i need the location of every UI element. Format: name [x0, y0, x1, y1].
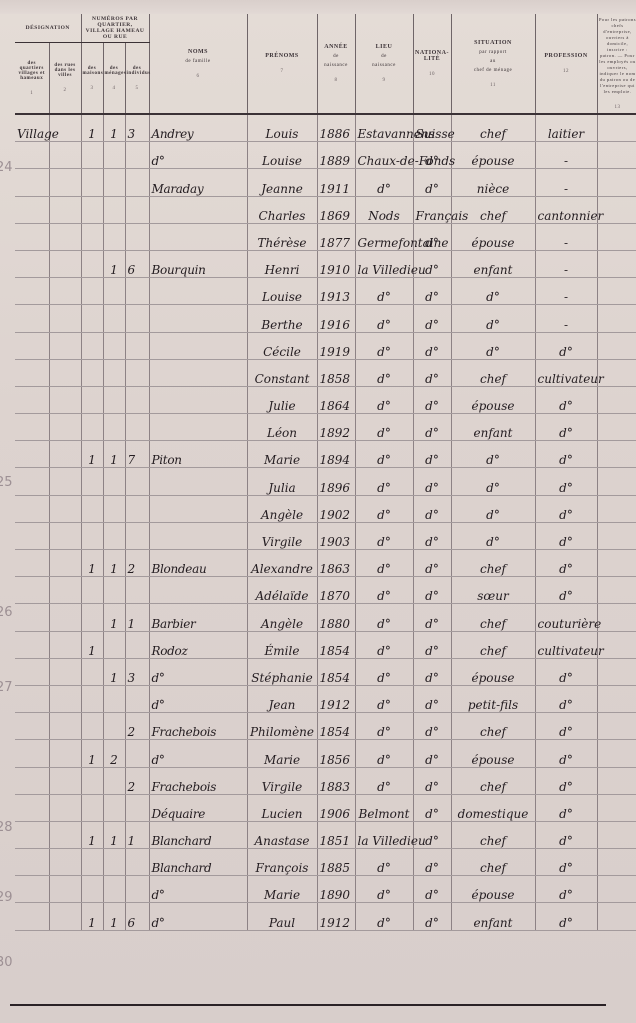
birthplace-cell: d° [355, 550, 413, 577]
individus-count-cell: 2 [125, 767, 149, 794]
surname-cell: Andrey [149, 114, 247, 142]
individus-count-cell [125, 740, 149, 767]
profession-cell: d° [535, 876, 597, 903]
street-cell [49, 305, 81, 332]
designation-cell [15, 658, 49, 685]
birthplace-cell: d° [355, 359, 413, 386]
table-row: Adélaïde1870d°d°sœurd° [15, 577, 636, 604]
birth-year-cell: 1890 [317, 876, 355, 903]
profession-cell: d° [535, 468, 597, 495]
first-name-cell: François [247, 849, 317, 876]
header-prenoms: Prénoms 7 [247, 14, 317, 114]
maison-number-cell [81, 414, 103, 441]
register-page: Désignation Numéros par quartier, villag… [0, 0, 636, 1023]
individus-count-cell: 3 [125, 658, 149, 685]
table-row: Thérèse1877Germefontained°épouse- [15, 223, 636, 250]
individus-count-cell [125, 278, 149, 305]
birthplace-cell: Estavannens [355, 114, 413, 142]
table-row: Julia1896d°d°d°d° [15, 468, 636, 495]
profession-cell: cantonnier [535, 196, 597, 223]
street-cell [49, 278, 81, 305]
street-cell [49, 495, 81, 522]
surname-cell: d° [149, 876, 247, 903]
table-row: 11BarbierAngèle1880d°d°chefcouturière [15, 604, 636, 631]
header-lieu-sub1: de [357, 54, 412, 59]
birthplace-cell: d° [355, 278, 413, 305]
street-cell [49, 223, 81, 250]
nationality-cell: d° [413, 685, 451, 712]
menage-number-cell [103, 468, 125, 495]
individus-count-cell [125, 495, 149, 522]
individus-count-cell [125, 849, 149, 876]
header-annee-num: 8 [319, 78, 354, 83]
street-cell [49, 550, 81, 577]
first-name-cell: Angèle [247, 495, 317, 522]
header-numeros: Numéros par quartier, village hameau ou … [81, 14, 149, 43]
first-name-cell: Lucien [247, 794, 317, 821]
designation-cell [15, 495, 49, 522]
household-situation-cell: épouse [451, 658, 535, 685]
bottom-rule [10, 1004, 606, 1006]
individus-count-cell [125, 577, 149, 604]
menage-number-cell [103, 577, 125, 604]
first-name-cell: Thérèse [247, 223, 317, 250]
header-menages: des ménages 4 [103, 43, 125, 115]
birthplace-cell: d° [355, 685, 413, 712]
header-row-top: Désignation Numéros par quartier, villag… [15, 14, 636, 43]
maison-number-cell: 1 [81, 740, 103, 767]
menage-number-cell [103, 359, 125, 386]
birth-year-cell: 1870 [317, 577, 355, 604]
first-name-cell: Virgile [247, 767, 317, 794]
first-name-cell: Berthe [247, 305, 317, 332]
header-nationalite-label: Nationa-lité [415, 50, 449, 62]
birth-year-cell: 1880 [317, 604, 355, 631]
menage-number-cell: 1 [103, 903, 125, 930]
designation-cell [15, 278, 49, 305]
street-cell [49, 658, 81, 685]
employer-note-cell [597, 332, 636, 359]
designation-cell [15, 305, 49, 332]
individus-count-cell [125, 468, 149, 495]
street-cell [49, 577, 81, 604]
surname-cell: Frachebois [149, 713, 247, 740]
menage-number-cell [103, 196, 125, 223]
first-name-cell: Louise [247, 278, 317, 305]
menage-number-cell [103, 522, 125, 549]
birth-year-cell: 1903 [317, 522, 355, 549]
designation-cell [15, 468, 49, 495]
header-individus-label: des individus [127, 66, 151, 76]
first-name-cell: Julie [247, 386, 317, 413]
street-cell [49, 604, 81, 631]
nationality-cell: d° [413, 495, 451, 522]
surname-cell: Blanchard [149, 849, 247, 876]
birth-year-cell: 1877 [317, 223, 355, 250]
table-row: Julie1864d°d°époused° [15, 386, 636, 413]
birth-year-cell: 1916 [317, 305, 355, 332]
surname-cell: Barbier [149, 604, 247, 631]
first-name-cell: Émile [247, 631, 317, 658]
nationality-cell: d° [413, 794, 451, 821]
first-name-cell: Julia [247, 468, 317, 495]
street-cell [49, 740, 81, 767]
designation-cell [15, 223, 49, 250]
designation-cell [15, 604, 49, 631]
menage-number-cell: 1 [103, 821, 125, 848]
surname-cell [149, 577, 247, 604]
table-row: 117PitonMarie1894d°d°d°d° [15, 441, 636, 468]
household-situation-cell: chef [451, 550, 535, 577]
header-noms: Noms de famille 6 [149, 14, 247, 114]
nationality-cell: d° [413, 550, 451, 577]
header-rues-num: 2 [51, 88, 80, 93]
header-annee: Année de naissance 8 [317, 14, 355, 114]
individus-count-cell: 3 [125, 114, 149, 142]
surname-cell [149, 468, 247, 495]
individus-count-cell [125, 332, 149, 359]
nationality-cell: d° [413, 658, 451, 685]
birthplace-cell: d° [355, 522, 413, 549]
profession-cell: d° [535, 441, 597, 468]
maison-number-cell [81, 278, 103, 305]
header-maisons-label: des maisons [83, 66, 104, 76]
birthplace-cell: d° [355, 631, 413, 658]
table-row: Léon1892d°d°enfantd° [15, 414, 636, 441]
maison-number-cell [81, 196, 103, 223]
maison-number-cell [81, 495, 103, 522]
table-row: Angèle1902d°d°d°d° [15, 495, 636, 522]
menage-number-cell: 2 [103, 740, 125, 767]
profession-cell: d° [535, 332, 597, 359]
birth-year-cell: 1902 [317, 495, 355, 522]
surname-cell [149, 359, 247, 386]
birthplace-cell: Germefontaine [355, 223, 413, 250]
profession-cell: laitier [535, 114, 597, 142]
menage-number-cell [103, 685, 125, 712]
employer-note-cell [597, 114, 636, 142]
maison-number-cell [81, 577, 103, 604]
header-noms-label: Noms [188, 49, 208, 55]
maison-number-cell [81, 713, 103, 740]
surname-cell: Piton [149, 441, 247, 468]
household-situation-cell: d° [451, 441, 535, 468]
menage-number-cell [103, 713, 125, 740]
individus-count-cell [125, 685, 149, 712]
birthplace-cell: la Villedieu [355, 250, 413, 277]
surname-cell: Blondeau [149, 550, 247, 577]
maison-number-cell [81, 468, 103, 495]
profession-cell: d° [535, 414, 597, 441]
birthplace-cell: d° [355, 414, 413, 441]
maison-number-cell [81, 169, 103, 196]
household-situation-cell: enfant [451, 414, 535, 441]
maison-number-cell [81, 250, 103, 277]
first-name-cell: Marie [247, 441, 317, 468]
first-name-cell: Louis [247, 114, 317, 142]
menage-number-cell: 1 [103, 441, 125, 468]
header-profession: Profession 12 [535, 14, 597, 114]
birth-year-cell: 1854 [317, 631, 355, 658]
nationality-cell: d° [413, 522, 451, 549]
employer-note-cell [597, 685, 636, 712]
household-situation-cell: d° [451, 495, 535, 522]
household-situation-cell: d° [451, 332, 535, 359]
header-menages-label: des ménages [105, 66, 127, 76]
nationality-cell: d° [413, 414, 451, 441]
header-annee-sub2: naissance [319, 63, 354, 68]
nationality-cell: d° [413, 386, 451, 413]
household-situation-cell: épouse [451, 223, 535, 250]
designation-cell [15, 821, 49, 848]
menage-number-cell [103, 386, 125, 413]
profession-cell: couturière [535, 604, 597, 631]
first-name-cell: Virgile [247, 522, 317, 549]
menage-number-cell [103, 414, 125, 441]
street-cell [49, 386, 81, 413]
household-situation-cell: chef [451, 849, 535, 876]
table-row: MaradayJeanne1911d°d°nièce- [15, 169, 636, 196]
street-cell [49, 767, 81, 794]
birth-year-cell: 1912 [317, 903, 355, 930]
street-cell [49, 142, 81, 169]
designation-cell [15, 876, 49, 903]
household-situation-cell: petit-fils [451, 685, 535, 712]
nationality-cell: d° [413, 767, 451, 794]
nationality-cell: d° [413, 740, 451, 767]
street-cell [49, 468, 81, 495]
household-situation-cell: chef [451, 713, 535, 740]
first-name-cell: Jeanne [247, 169, 317, 196]
birth-year-cell: 1911 [317, 169, 355, 196]
first-name-cell: Paul [247, 903, 317, 930]
profession-cell: d° [535, 685, 597, 712]
household-situation-cell: d° [451, 305, 535, 332]
first-name-cell: Marie [247, 740, 317, 767]
header-maisons-num: 3 [83, 86, 102, 91]
employer-note-cell [597, 821, 636, 848]
birthplace-cell: d° [355, 386, 413, 413]
maison-number-cell [81, 685, 103, 712]
profession-cell: d° [535, 386, 597, 413]
street-cell [49, 441, 81, 468]
header-individus: des individus 5 [125, 43, 149, 115]
header-lieu-label: Lieu [376, 44, 393, 50]
table-row: d°Jean1912d°d°petit-filsd° [15, 685, 636, 712]
household-situation-cell: enfant [451, 903, 535, 930]
first-name-cell: Henri [247, 250, 317, 277]
profession-cell: d° [535, 713, 597, 740]
header-situation: Situation par rapport au chef de ménage … [451, 14, 535, 114]
street-cell [49, 849, 81, 876]
individus-count-cell: 2 [125, 550, 149, 577]
birth-year-cell: 1864 [317, 386, 355, 413]
first-name-cell: Stéphanie [247, 658, 317, 685]
employer-note-cell [597, 441, 636, 468]
birthplace-cell: d° [355, 577, 413, 604]
margin-pencil-number: 27 [0, 680, 13, 695]
employer-note-cell [597, 386, 636, 413]
maison-number-cell [81, 305, 103, 332]
surname-cell [149, 278, 247, 305]
first-name-cell: Jean [247, 685, 317, 712]
menage-number-cell [103, 495, 125, 522]
designation-cell [15, 903, 49, 930]
street-cell [49, 876, 81, 903]
birth-year-cell: 1863 [317, 550, 355, 577]
profession-cell: d° [535, 495, 597, 522]
table-row: 1RodozÉmile1854d°d°chefcultivateur [15, 631, 636, 658]
designation-cell [15, 359, 49, 386]
first-name-cell: Cécile [247, 332, 317, 359]
birthplace-cell: d° [355, 740, 413, 767]
birth-year-cell: 1906 [317, 794, 355, 821]
household-situation-cell: nièce [451, 169, 535, 196]
header-profession-label: Profession [544, 53, 587, 59]
individus-count-cell: 2 [125, 713, 149, 740]
header-lieu: Lieu de naissance 9 [355, 14, 413, 114]
individus-count-cell [125, 223, 149, 250]
birthplace-cell: d° [355, 876, 413, 903]
birth-year-cell: 1892 [317, 414, 355, 441]
employer-note-cell [597, 169, 636, 196]
margin-pencil-number: 30 [0, 955, 13, 970]
header-noms-sub: de famille [151, 59, 246, 64]
menage-number-cell: 1 [103, 658, 125, 685]
birth-year-cell: 1856 [317, 740, 355, 767]
individus-count-cell [125, 876, 149, 903]
street-cell [49, 250, 81, 277]
maison-number-cell: 1 [81, 903, 103, 930]
designation-cell [15, 142, 49, 169]
designation-cell [15, 196, 49, 223]
nationality-cell: d° [413, 305, 451, 332]
table-row: Charles1869NodsFrançaischefcantonnier [15, 196, 636, 223]
designation-cell [15, 169, 49, 196]
street-cell [49, 794, 81, 821]
designation-cell [15, 250, 49, 277]
designation-cell [15, 441, 49, 468]
table-row: Louise1913d°d°d°- [15, 278, 636, 305]
surname-cell [149, 522, 247, 549]
maison-number-cell [81, 332, 103, 359]
first-name-cell: Léon [247, 414, 317, 441]
first-name-cell: Marie [247, 876, 317, 903]
header-quartiers-num: 1 [16, 91, 48, 96]
maison-number-cell [81, 223, 103, 250]
menage-number-cell [103, 767, 125, 794]
employer-note-cell [597, 495, 636, 522]
employer-note-cell [597, 278, 636, 305]
employer-note-cell [597, 903, 636, 930]
household-situation-cell: chef [451, 114, 535, 142]
table-row: d°Marie1890d°d°époused° [15, 876, 636, 903]
header-situation-label: Situation [474, 40, 512, 46]
maison-number-cell [81, 794, 103, 821]
maison-number-cell [81, 604, 103, 631]
individus-count-cell [125, 386, 149, 413]
surname-cell [149, 495, 247, 522]
nationality-cell: d° [413, 332, 451, 359]
margin-pencil-number: 24 [0, 160, 13, 175]
census-table: Désignation Numéros par quartier, villag… [15, 14, 636, 931]
household-situation-cell: épouse [451, 740, 535, 767]
surname-cell [149, 332, 247, 359]
surname-cell [149, 305, 247, 332]
birth-year-cell: 1889 [317, 142, 355, 169]
designation-cell [15, 794, 49, 821]
header-prenoms-label: Prénoms [265, 53, 299, 59]
street-cell [49, 359, 81, 386]
table-row: Virgile1903d°d°d°d° [15, 522, 636, 549]
designation-cell [15, 740, 49, 767]
header-maisons: des maisons 3 [81, 43, 103, 115]
profession-cell: d° [535, 577, 597, 604]
header-quartiers-label: des quartiers villages et hameaux [19, 61, 45, 81]
nationality-cell: Suisse [413, 114, 451, 142]
table-row: d°Louise1889Chaux-de-Fondsd°épouse- [15, 142, 636, 169]
birth-year-cell: 1919 [317, 332, 355, 359]
maison-number-cell [81, 359, 103, 386]
birthplace-cell: d° [355, 604, 413, 631]
first-name-cell: Louise [247, 142, 317, 169]
individus-count-cell: 1 [125, 604, 149, 631]
header-quartiers: des quartiers villages et hameaux 1 [15, 43, 49, 115]
birth-year-cell: 1912 [317, 685, 355, 712]
profession-cell: - [535, 169, 597, 196]
household-situation-cell: épouse [451, 386, 535, 413]
street-cell [49, 196, 81, 223]
margin-pencil-number: 25 [0, 475, 13, 490]
individus-count-cell: 7 [125, 441, 149, 468]
street-cell [49, 821, 81, 848]
maison-number-cell [81, 386, 103, 413]
table-row: Cécile1919d°d°d°d° [15, 332, 636, 359]
maison-number-cell [81, 876, 103, 903]
first-name-cell: Alexandre [247, 550, 317, 577]
household-situation-cell: domestique [451, 794, 535, 821]
birth-year-cell: 1854 [317, 658, 355, 685]
surname-cell: Maraday [149, 169, 247, 196]
profession-cell: cultivateur [535, 359, 597, 386]
designation-cell [15, 414, 49, 441]
household-situation-cell: chef [451, 767, 535, 794]
employer-note-cell [597, 522, 636, 549]
maison-number-cell [81, 658, 103, 685]
surname-cell: d° [149, 658, 247, 685]
header-situation-sub2: au [453, 59, 534, 64]
header-individus-num: 5 [127, 86, 148, 91]
profession-cell: cultivateur [535, 631, 597, 658]
header-prenoms-num: 7 [249, 69, 316, 74]
individus-count-cell [125, 142, 149, 169]
household-situation-cell: d° [451, 278, 535, 305]
birth-year-cell: 1883 [317, 767, 355, 794]
nationality-cell: Français [413, 196, 451, 223]
first-name-cell: Adélaïde [247, 577, 317, 604]
nationality-cell: d° [413, 577, 451, 604]
individus-count-cell [125, 522, 149, 549]
profession-cell: d° [535, 658, 597, 685]
street-cell [49, 631, 81, 658]
employer-note-cell [597, 223, 636, 250]
margin-pencil-number: 29 [0, 890, 13, 905]
birthplace-cell: d° [355, 658, 413, 685]
table-row: Constant1858d°d°chefcultivateur [15, 359, 636, 386]
designation-cell [15, 713, 49, 740]
menage-number-cell [103, 794, 125, 821]
first-name-cell: Constant [247, 359, 317, 386]
